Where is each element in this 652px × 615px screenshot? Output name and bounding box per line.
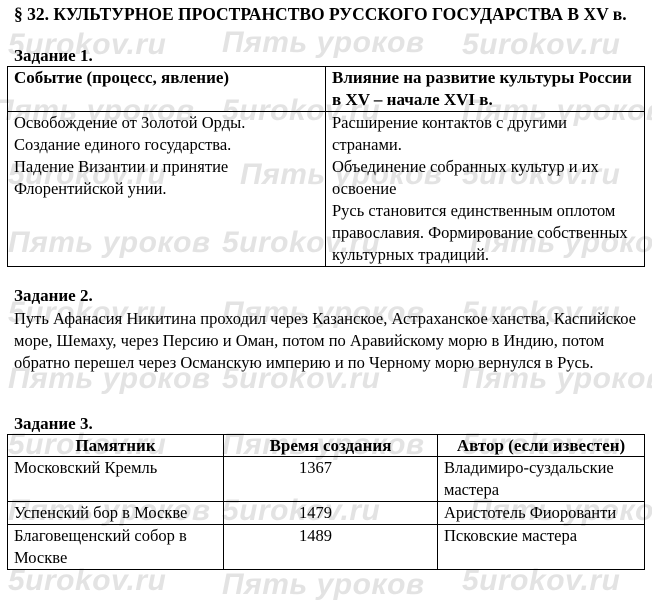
header-event: Событие (процесс, явление) (8, 67, 326, 112)
event-item: Падение Византии и принятие Флорентийско… (14, 156, 254, 200)
event-item: Освобождение от Золотой Орды. (14, 112, 325, 134)
header-influence: Влияние на развитие культуры России в XV… (326, 67, 645, 112)
year-cell: 1479 (224, 502, 438, 525)
influence-cell: Расширение контактов с другими странами.… (326, 112, 645, 267)
watermark: 5urokov.ru (462, 30, 620, 60)
monument-cell: Московский Кремль (8, 457, 224, 502)
task-1-table: Событие (процесс, явление) Влияние на ра… (7, 66, 645, 267)
watermark: 5urokov.ru (8, 566, 166, 596)
year-cell: 1367 (224, 457, 438, 502)
watermark: Пять уроков (222, 570, 425, 600)
monument-cell: Успенский бор в Москве (8, 502, 224, 525)
table-row: Успенский бор в Москве 1479 Аристотель Ф… (8, 502, 645, 525)
table-header-row: Памятник Время создания Автор (если изве… (8, 435, 645, 457)
table-row: Благовещенский собор в Москве 1489 Псков… (8, 525, 645, 570)
header-year: Время создания (224, 435, 438, 457)
table-row: Освобождение от Золотой Орды. Создание е… (8, 112, 645, 267)
influence-item: Расширение контактов с другими странами. (332, 112, 622, 156)
watermark: 5urokov.ru (462, 566, 620, 596)
task-2-label: Задание 2. (14, 286, 93, 306)
event-item: Создание единого государства. (14, 134, 325, 156)
header-author: Автор (если известен) (438, 435, 645, 457)
task-2-text: Путь Афанасия Никитина проходил через Ка… (14, 308, 644, 374)
author-cell: Аристотель Фиорованти (438, 502, 645, 525)
author-cell: Псковские мастера (438, 525, 645, 570)
table-row: Московский Кремль 1367 Владимиро-суздаль… (8, 457, 645, 502)
page-title: § 32. КУЛЬТУРНОЕ ПРОСТРАНСТВО РУССКОГО Г… (14, 4, 644, 25)
table-header-row: Событие (процесс, явление) Влияние на ра… (8, 67, 645, 112)
task-3-label: Задание 3. (14, 414, 93, 434)
monument-cell: Благовещенский собор в Москве (8, 525, 224, 570)
task-1-label: Задание 1. (14, 46, 93, 66)
influence-item: Русь становится единственным оплотом пра… (332, 200, 644, 266)
influence-item: Объединение собранных культур и их освое… (332, 156, 642, 200)
watermark: Пять уроков (222, 28, 425, 58)
task-3-table: Памятник Время создания Автор (если изве… (7, 434, 645, 570)
events-cell: Освобождение от Золотой Орды. Создание е… (8, 112, 326, 267)
year-cell: 1489 (224, 525, 438, 570)
author-cell: Владимиро-суздальские мастера (438, 457, 645, 502)
header-monument: Памятник (8, 435, 224, 457)
